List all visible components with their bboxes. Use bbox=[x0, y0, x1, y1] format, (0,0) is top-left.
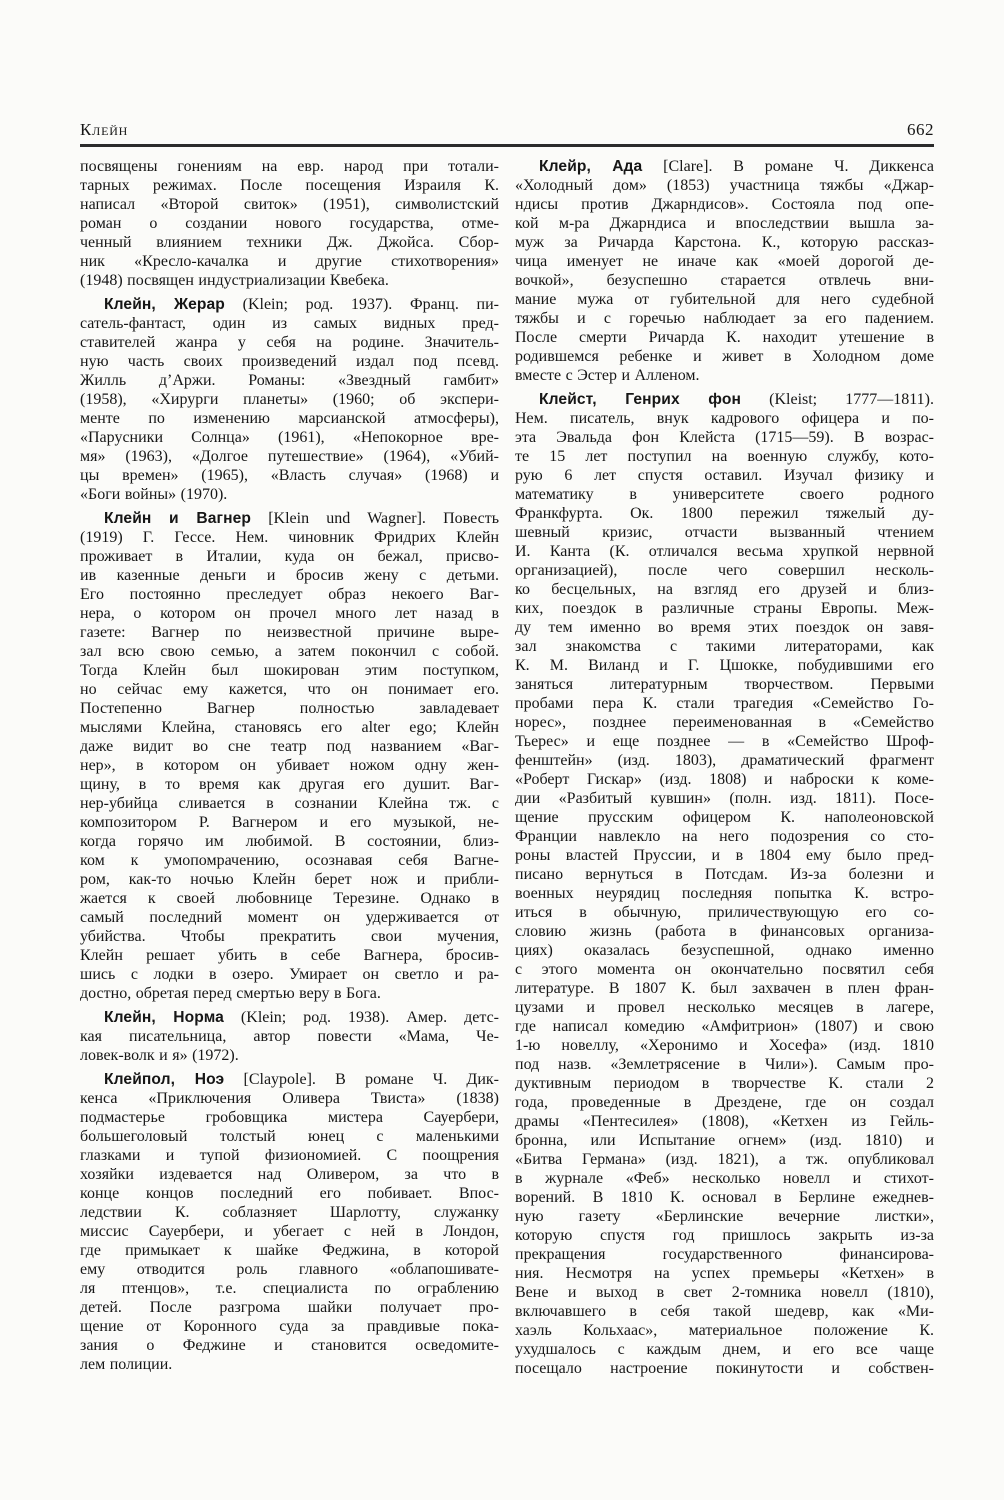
text-line: «Холодный дом» (1853) участница тяжбы «Д… bbox=[515, 176, 934, 195]
text-line: даже видит во сне театр под названием «В… bbox=[80, 737, 499, 756]
entry-headword: Клейпол, Ноэ bbox=[104, 1071, 224, 1088]
text-columns: посвящены гонениям на евр. народ при тот… bbox=[80, 157, 934, 1378]
text-line: (1919) Г. Гессе. Нем. чиновник Фридрих К… bbox=[80, 528, 499, 547]
text-line: дуктивным периодом в творчестве К. стали… bbox=[515, 1074, 934, 1093]
dictionary-entry: Клейпол, Ноэ [Claypole]. В романе Ч. Дик… bbox=[80, 1070, 499, 1374]
text-line: под назв. «Землетрясение в Чили»). Самым… bbox=[515, 1055, 934, 1074]
text-line: года, проведенные в Дрездене, где он соз… bbox=[515, 1093, 934, 1112]
text-line: дии «Разбитый кувшин» (полн. изд. 1811).… bbox=[515, 789, 934, 808]
text-line: ловек-волк и я» (1972). bbox=[80, 1046, 499, 1065]
text-line: ндисы против Джарндисов». Состояла под о… bbox=[515, 195, 934, 214]
text-line: Тогда Клейн был шокирован этим поступком… bbox=[80, 661, 499, 680]
text-line: И. Канта (К. отличался весьма хрупкой не… bbox=[515, 542, 934, 561]
entry-headword: Клейн и Вагнер bbox=[104, 510, 251, 527]
text-line: ему отводится роль главного «облапошиват… bbox=[80, 1260, 499, 1279]
text-line: которую спустя год пришлось закрыть из-з… bbox=[515, 1226, 934, 1245]
text-line: мя» (1963), «Долгое путешествие» (1964),… bbox=[80, 447, 499, 466]
text-line: посещало настроение покинутости и собств… bbox=[515, 1359, 934, 1378]
text-line: убийства. Чтобы прекратить свои мучения, bbox=[80, 927, 499, 946]
text-line: К. М. Виланд и Г. Цшокке, побудившими ег… bbox=[515, 656, 934, 675]
text-line: норес», позднее переименованная в «Семей… bbox=[515, 713, 934, 732]
text-line: (1948) посвящен индустриализации Квебека… bbox=[80, 271, 499, 290]
text-line: Клейн, Норма (Klein; род. 1938). Амер. д… bbox=[80, 1008, 499, 1027]
text-line: ную газету «Берлинские вечерние листки», bbox=[515, 1207, 934, 1226]
text-line: ледствии К. соблазняет Шарлотту, служанк… bbox=[80, 1203, 499, 1222]
text-line: иться в обычную, приличествующую его со- bbox=[515, 903, 934, 922]
text-line: нер», в котором он убивает ножом одну же… bbox=[80, 756, 499, 775]
text-line: цы времен» (1965), «Власть случая» (1968… bbox=[80, 466, 499, 485]
text-line: муж за Ричарда Карстона. К., которую рас… bbox=[515, 233, 934, 252]
text-line: прекращения государственного финансирова… bbox=[515, 1245, 934, 1264]
text-line: ив казенные деньги и бросив жену с детьм… bbox=[80, 566, 499, 585]
text-line: ду тем именно во время этих поездок он з… bbox=[515, 618, 934, 637]
text-line: зал знакомства с такими литераторами, ка… bbox=[515, 637, 934, 656]
text-line: организацией), после чего совершил неско… bbox=[515, 561, 934, 580]
text-line: ля птенцов», т.е. специалиста по ограбле… bbox=[80, 1279, 499, 1298]
text-line: конце концов последний его побивает. Впо… bbox=[80, 1184, 499, 1203]
text-line: вочкой», безуспешно старается отвлечь вн… bbox=[515, 271, 934, 290]
text-line: мание мужа от губительной для него судеб… bbox=[515, 290, 934, 309]
text-line: ставителей жанра у себя на родине. Значи… bbox=[80, 333, 499, 352]
dictionary-entry: Клейн и Вагнер [Klein und Wagner]. Повес… bbox=[80, 509, 499, 1003]
text-line: менте по изменению марсианской атмосферы… bbox=[80, 409, 499, 428]
text-line: те 15 лет поступил на военную службу, ко… bbox=[515, 447, 934, 466]
text-line: драмы «Пентесилея» (1808), «Кетхен из Ге… bbox=[515, 1112, 934, 1131]
text-line: лем полиции. bbox=[80, 1355, 499, 1374]
text-line: глазками и тупой физиономией. С поощрени… bbox=[80, 1146, 499, 1165]
text-line: (1958), «Хирурги планеты» (1960; об эксп… bbox=[80, 390, 499, 409]
text-line: мыслями Клейна, становясь его alter ego;… bbox=[80, 718, 499, 737]
text-line: фенштейн» (изд. 1803), драматический фра… bbox=[515, 751, 934, 770]
text-line: Клейн, Жерар (Klein; род. 1937). Франц. … bbox=[80, 295, 499, 314]
text-line: но сейчас ему кажется, что он понимает е… bbox=[80, 680, 499, 699]
right-column: Клейр, Ада [Clare]. В романе Ч. Диккенса… bbox=[515, 157, 934, 1378]
text-line: «Парусники Солнца» (1961), «Непокорное в… bbox=[80, 428, 499, 447]
text-line: бронна, или Испытание огнем» (изд. 1810)… bbox=[515, 1131, 934, 1150]
page: Клейн 662 посвящены гонениям на евр. нар… bbox=[0, 0, 1004, 1500]
text-line: зал всю свою семью, а затем покончил с с… bbox=[80, 642, 499, 661]
text-line: с этого момента он окончательно посвятил… bbox=[515, 960, 934, 979]
text-line: ную часть своих произведений издал под п… bbox=[80, 352, 499, 371]
text-line: ром, как-то ночью Клейн берет нож и приб… bbox=[80, 870, 499, 889]
text-line: ко бесцельных, на взгляд его друзей и бл… bbox=[515, 580, 934, 599]
text-line: ния. Несмотря на успех премьеры «Кетхен»… bbox=[515, 1264, 934, 1283]
text-line: сатель-фантаст, один из самых видных пре… bbox=[80, 314, 499, 333]
dictionary-entry: Клейст, Генрих фон (Kleist; 1777—1811).Н… bbox=[515, 390, 934, 1378]
text-line: хаэль Кольхаас», материальное положение … bbox=[515, 1321, 934, 1340]
text-line: военных неурядиц последняя попытка К. вс… bbox=[515, 884, 934, 903]
text-line: циях) оказалась безуспешной, однако имен… bbox=[515, 941, 934, 960]
text-line: «Роберт Гискар» (изд. 1808) и наброски к… bbox=[515, 770, 934, 789]
text-line: 1-ю новеллу, «Херонимо и Хосефа» (изд. 1… bbox=[515, 1036, 934, 1055]
entry-headword: Клейр, Ада bbox=[539, 158, 642, 175]
page-number: 662 bbox=[907, 120, 934, 140]
text-line: словию жизнь (работа в финансовых органи… bbox=[515, 922, 934, 941]
text-line: ник «Кресло-качалка и другие стихотворен… bbox=[80, 252, 499, 271]
scanned-encyclopedia-page: { "page": { "colors": { "paper": "#fbfbf… bbox=[0, 0, 1004, 1500]
text-line: эта Эвальда фон Клейста (1715—59). В воз… bbox=[515, 428, 934, 447]
running-head: Клейн 662 bbox=[80, 120, 934, 140]
text-line: ком к умопомрачению, осознавая себя Вагн… bbox=[80, 851, 499, 870]
text-line: Постепенно Вагнер полностью завладевает bbox=[80, 699, 499, 718]
text-line: Клейн решает убить в себе Вагнера, броси… bbox=[80, 946, 499, 965]
text-line: включавшего в себя такой шедевр, как «Ми… bbox=[515, 1302, 934, 1321]
text-line: Вене и выход в свет 2-томника новелл (18… bbox=[515, 1283, 934, 1302]
text-line: Франкфурта. Ок. 1800 пережил тяжелый ду- bbox=[515, 504, 934, 523]
text-line: чица именует не иначе как «моей дорогой … bbox=[515, 252, 934, 271]
text-line: достно, обретая перед смертью веру в Бог… bbox=[80, 984, 499, 1003]
text-line: нер-убийца сливается в сознании Клейна т… bbox=[80, 794, 499, 813]
text-line: самый последний момент он удерживается о… bbox=[80, 908, 499, 927]
text-line: Его постоянно преследует образ некоего В… bbox=[80, 585, 499, 604]
text-line: пробами пера К. стали трагедия «Семейств… bbox=[515, 694, 934, 713]
text-line: Нем. писатель, внук кадрового офицера и … bbox=[515, 409, 934, 428]
entry-headword: Клейн, Норма bbox=[104, 1009, 224, 1026]
entry-headword: Клейн, Жерар bbox=[104, 296, 225, 313]
text-line: нера, о котором он прочел много лет наза… bbox=[80, 604, 499, 623]
text-line: математику в университете своего родного bbox=[515, 485, 934, 504]
text-line: посвящены гонениям на евр. народ при тот… bbox=[80, 157, 499, 176]
text-line: Жилль д’Аржи. Романы: «Звездный гамбит» bbox=[80, 371, 499, 390]
text-line: хозяйки издевается над Оливером, за что … bbox=[80, 1165, 499, 1184]
text-line: щину, в то время как другая его душит. В… bbox=[80, 775, 499, 794]
text-line: подмастерье гробовщика мистера Сауербери… bbox=[80, 1108, 499, 1127]
text-line: ворений. В 1810 К. основал в Берлине еже… bbox=[515, 1188, 934, 1207]
text-line: где примыкает к шайке Феджина, в которой bbox=[80, 1241, 499, 1260]
text-line: Клейпол, Ноэ [Claypole]. В романе Ч. Дик… bbox=[80, 1070, 499, 1089]
text-line: ченный влиянием техники Дж. Джойса. Сбор… bbox=[80, 233, 499, 252]
text-line: После смерти Ричарда К. находит утешение… bbox=[515, 328, 934, 347]
text-line: миссис Сауербери, и убегает с ней в Лонд… bbox=[80, 1222, 499, 1241]
text-line: «Боги войны» (1970). bbox=[80, 485, 499, 504]
text-line: «Битва Германа» (изд. 1821), а тж. опубл… bbox=[515, 1150, 934, 1169]
text-line: написал «Второй свиток» (1951), символис… bbox=[80, 195, 499, 214]
text-line: роны властей Пруссии, и в 1804 ему было … bbox=[515, 846, 934, 865]
text-line: ухудшалось с каждым днем, и его все чаще bbox=[515, 1340, 934, 1359]
text-line: рую 6 лет спустя оставил. Изучал физику … bbox=[515, 466, 934, 485]
text-line: Клейн и Вагнер [Klein und Wagner]. Повес… bbox=[80, 509, 499, 528]
text-line: заняться литературным творчеством. Первы… bbox=[515, 675, 934, 694]
text-line: литературе. В 1807 К. был захвачен в пле… bbox=[515, 979, 934, 998]
text-line: большеголовый толстый юнец с маленькими bbox=[80, 1127, 499, 1146]
text-line: композитором Р. Вагнером и его музыкой, … bbox=[80, 813, 499, 832]
text-line: кой м-ра Джарндиса и впоследствии вышла … bbox=[515, 214, 934, 233]
dictionary-entry: Клейн, Жерар (Klein; род. 1937). Франц. … bbox=[80, 295, 499, 504]
text-line: где написал комедию «Амфитрион» (1807) и… bbox=[515, 1017, 934, 1036]
text-line: когда горячо им любимой. В состоянии, бл… bbox=[80, 832, 499, 851]
text-line: писано вернуться в Потсдам. Из-за болезн… bbox=[515, 865, 934, 884]
text-line: тяжбы и с горечью наблюдает за его паден… bbox=[515, 309, 934, 328]
text-line: зания о Феджине и становится осведомите- bbox=[80, 1336, 499, 1355]
dictionary-entry-continuation: посвящены гонениям на евр. народ при тот… bbox=[80, 157, 499, 290]
text-line: роман о создании нового государства, отм… bbox=[80, 214, 499, 233]
text-line: Клейр, Ада [Clare]. В романе Ч. Диккенса bbox=[515, 157, 934, 176]
dictionary-entry: Клейр, Ада [Clare]. В романе Ч. Диккенса… bbox=[515, 157, 934, 385]
text-line: щение прусским офицером К. наполеоновско… bbox=[515, 808, 934, 827]
text-line: газете: Вагнер по неизвестной причине вы… bbox=[80, 623, 499, 642]
text-line: щение от Коронного суда за правдивые пок… bbox=[80, 1317, 499, 1336]
text-line: родившемся ребенке и живет в Холодном до… bbox=[515, 347, 934, 366]
text-line: кая писательница, автор повести «Мама, Ч… bbox=[80, 1027, 499, 1046]
text-line: детей. После разгрома шайки получает про… bbox=[80, 1298, 499, 1317]
header-rule bbox=[80, 144, 934, 147]
text-line: шевный кризис, отчасти вызванный чтением bbox=[515, 523, 934, 542]
text-line: тарных режимах. После посещения Израиля … bbox=[80, 176, 499, 195]
entry-headword: Клейст, Генрих фон bbox=[539, 391, 741, 408]
text-line: Клейст, Генрих фон (Kleist; 1777—1811). bbox=[515, 390, 934, 409]
left-column: посвящены гонениям на евр. народ при тот… bbox=[80, 157, 499, 1378]
running-title: Клейн bbox=[80, 120, 128, 140]
text-line: ких, поездок в различные страны Европы. … bbox=[515, 599, 934, 618]
text-line: в журнале «Феб» несколько новелл и стихо… bbox=[515, 1169, 934, 1188]
text-line: вместе с Эстер и Алленом. bbox=[515, 366, 934, 385]
text-line: Тьерес» и еще позднее — в «Семейство Шро… bbox=[515, 732, 934, 751]
text-line: Франции навлекло на него подозрения со с… bbox=[515, 827, 934, 846]
text-line: шись с лодки в озеро. Умирает он светло … bbox=[80, 965, 499, 984]
text-line: цузами и провел несколько месяцев в лаге… bbox=[515, 998, 934, 1017]
dictionary-entry: Клейн, Норма (Klein; род. 1938). Амер. д… bbox=[80, 1008, 499, 1065]
text-line: жается к своей любовнице Терезине. Однак… bbox=[80, 889, 499, 908]
text-line: кенса «Приключения Оливера Твиста» (1838… bbox=[80, 1089, 499, 1108]
text-line: проживает в Италии, куда он бежал, присв… bbox=[80, 547, 499, 566]
